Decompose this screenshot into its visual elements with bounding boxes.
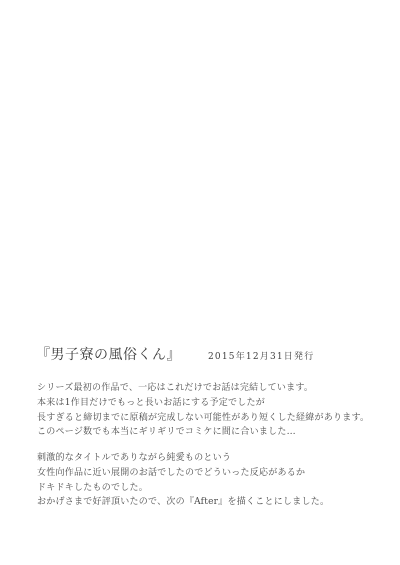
title-row: 『男子寮の風俗くん』 2015年12月31日発行	[36, 344, 314, 364]
afterword-paragraph-2: 刺激的なタイトルでありながら純愛ものという 女性向作品に近い展開のお話でしたので…	[37, 451, 380, 510]
text-line: 長すぎると締切までに原稿が完成しない可能性があり短くした経緯があります。	[37, 411, 380, 426]
publish-date: 2015年12月31日発行	[208, 349, 314, 362]
document-page: 『男子寮の風俗くん』 2015年12月31日発行 シリーズ最初の作品で、一応はこ…	[0, 0, 400, 565]
text-line: 本来は1作目だけでもっと長いお話にする予定でしたが	[37, 396, 380, 411]
afterword-paragraph-1: シリーズ最初の作品で、一応はこれだけでお話は完結しています。 本来は1作目だけで…	[37, 381, 380, 440]
text-line: 刺激的なタイトルでありながら純愛ものという	[37, 451, 380, 466]
text-line: このページ数でも本当にギリギリでコミケに間に合いました…	[37, 425, 380, 440]
text-line: ドキドキしたものでした。	[37, 481, 380, 496]
text-line: 女性向作品に近い展開のお話でしたのでどういった反応があるか	[37, 466, 380, 481]
text-line: おかげさまで好評頂いたので、次の『After』を描くことにしました。	[37, 495, 380, 510]
book-title: 『男子寮の風俗くん』	[36, 344, 181, 364]
text-line: シリーズ最初の作品で、一応はこれだけでお話は完結しています。	[37, 381, 380, 396]
